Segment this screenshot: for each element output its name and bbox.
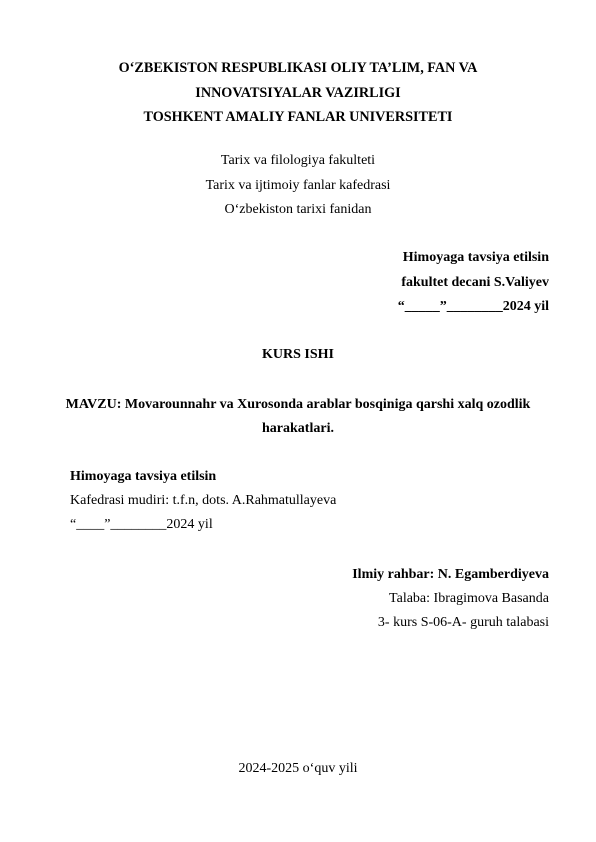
faculty-name: Tarix va filologiya fakulteti xyxy=(0,152,596,170)
chair-name: Tarix va ijtimoiy fanlar kafedrasi xyxy=(0,177,596,195)
student-group: 3- kurs S-06-A- guruh talabasi xyxy=(378,614,549,632)
topic-line-1: MAVZU: Movarounnahr va Xurosonda arablar… xyxy=(0,396,596,414)
dean-approval-label: Himoyaga tavsiya etilsin xyxy=(403,249,549,267)
ministry-line-2: INNOVATSIYALAR VAZIRLIGI xyxy=(0,84,596,102)
academic-year: 2024-2025 o‘quv yili xyxy=(0,760,596,778)
subject-name: O‘zbekiston tarixi fanidan xyxy=(0,201,596,219)
chair-date-line: “____”________2024 yil xyxy=(70,516,213,534)
document-type: KURS ISHI xyxy=(0,346,596,364)
supervisor: Ilmiy rahbar: N. Egamberdiyeva xyxy=(352,566,549,584)
student: Talaba: Ibragimova Basanda xyxy=(389,590,549,608)
chair-approval-label: Himoyaga tavsiya etilsin xyxy=(70,468,216,486)
dean-signer: fakultet decani S.Valiyev xyxy=(401,274,549,292)
ministry-line-1: O‘ZBEKISTON RESPUBLIKASI OLIY TA’LIM, FA… xyxy=(0,59,596,77)
dean-date-line: “_____”________2024 yil xyxy=(398,298,549,316)
topic-line-2: harakatlari. xyxy=(0,420,596,438)
chair-signer: Kafedrasi mudiri: t.f.n, dots. A.Rahmatu… xyxy=(70,492,336,510)
university-name: TOSHKENT AMALIY FANLAR UNIVERSITETI xyxy=(0,108,596,126)
